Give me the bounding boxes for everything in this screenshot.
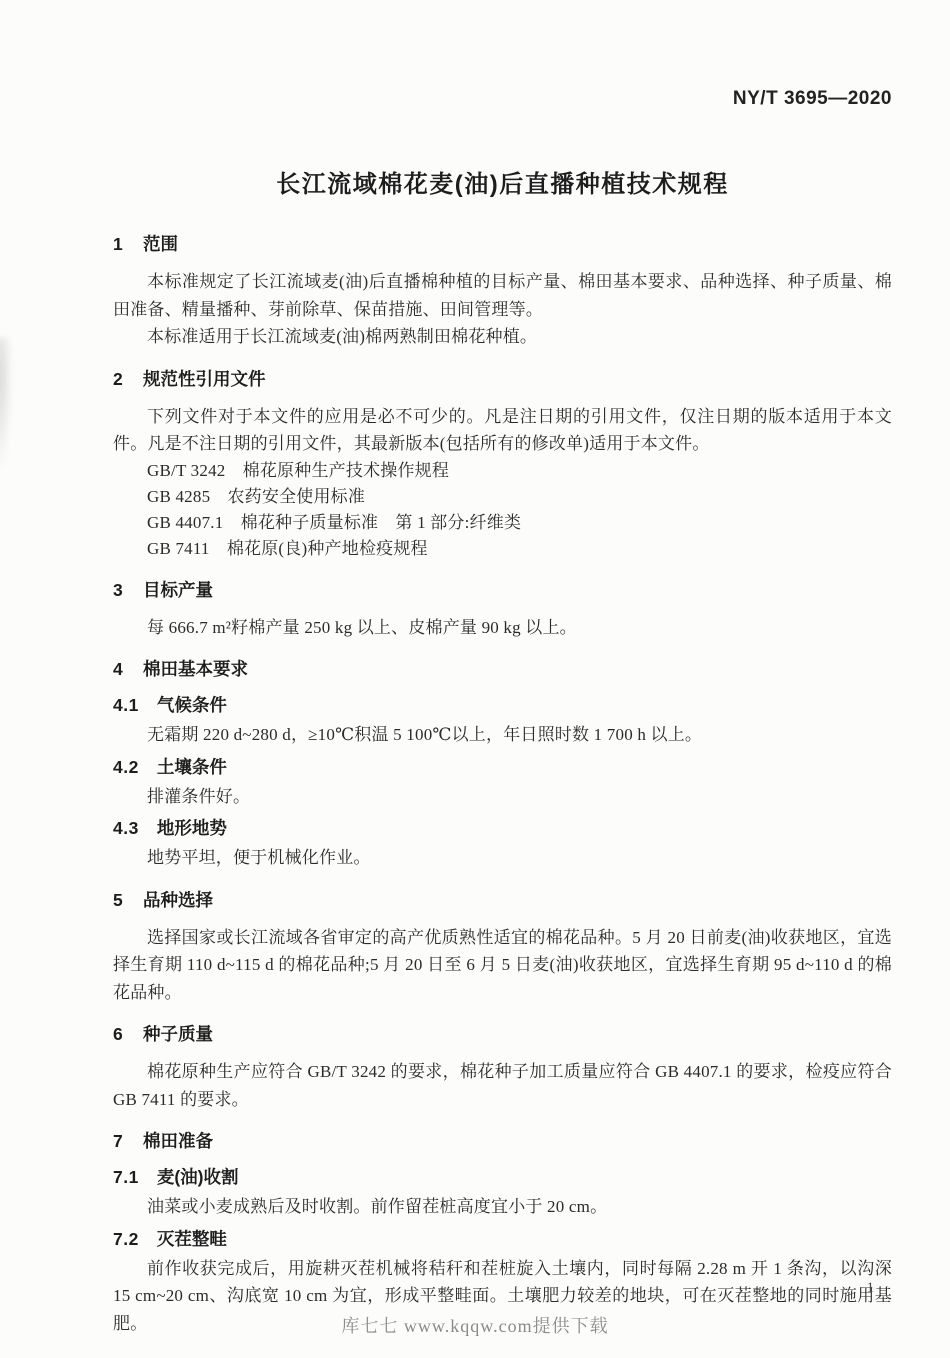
section-title: 范围 bbox=[143, 234, 178, 254]
section-number: 7.2 bbox=[113, 1227, 139, 1251]
section-number: 1 bbox=[113, 232, 127, 256]
document-page: NY/T 3695—2020 长江流域棉花麦(油)后直播种植技术规程 1范围本标… bbox=[0, 0, 950, 1358]
section-heading: 5品种选择 bbox=[113, 888, 892, 912]
section-heading: 3目标产量 bbox=[113, 578, 892, 602]
document-body: 1范围本标准规定了长江流域麦(油)后直播棉种植的目标产量、棉田基本要求、品种选择… bbox=[113, 232, 892, 1337]
normative-reference: GB/T 3242 棉花原种生产技术操作规程 bbox=[113, 458, 892, 484]
normative-reference: GB 4407.1 棉花种子质量标准 第 1 部分:纤维类 bbox=[113, 510, 892, 536]
section-heading: 4.3地形地势 bbox=[113, 816, 892, 840]
section-title: 目标产量 bbox=[143, 580, 213, 600]
section-title: 棉田准备 bbox=[143, 1131, 213, 1151]
section-heading: 4.1气候条件 bbox=[113, 693, 892, 717]
section-heading: 7棉田准备 bbox=[113, 1129, 892, 1153]
document-title: 长江流域棉花麦(油)后直播种植技术规程 bbox=[113, 168, 892, 202]
paragraph: 选择国家或长江流域各省审定的高产优质熟性适宜的棉花品种。5 月 20 日前麦(油… bbox=[113, 924, 892, 1007]
section-heading: 7.1麦(油)收割 bbox=[113, 1165, 892, 1189]
normative-reference: GB 7411 棉花原(良)种产地检疫规程 bbox=[113, 536, 892, 562]
section-title: 灭茬整畦 bbox=[157, 1229, 227, 1249]
section-title: 麦(油)收割 bbox=[157, 1167, 239, 1187]
section-heading: 6种子质量 bbox=[113, 1022, 892, 1046]
section-heading: 2规范性引用文件 bbox=[113, 367, 892, 391]
section-number: 4.3 bbox=[113, 816, 139, 840]
paragraph: 每 666.7 m²籽棉产量 250 kg 以上、皮棉产量 90 kg 以上。 bbox=[113, 614, 892, 642]
paragraph: 排灌条件好。 bbox=[113, 783, 892, 811]
section-title: 品种选择 bbox=[143, 890, 213, 910]
section-number: 4 bbox=[113, 657, 127, 681]
section-number: 6 bbox=[113, 1022, 127, 1046]
section-title: 种子质量 bbox=[143, 1024, 213, 1044]
paragraph: 无霜期 220 d~280 d，≥10℃积温 5 100℃以上，年日照时数 1 … bbox=[113, 721, 892, 749]
paragraph: 地势平坦，便于机械化作业。 bbox=[113, 844, 892, 872]
section-number: 5 bbox=[113, 888, 127, 912]
section-title: 规范性引用文件 bbox=[143, 369, 266, 389]
section-number: 2 bbox=[113, 367, 127, 391]
section-title: 地形地势 bbox=[157, 818, 227, 838]
paragraph: 油菜或小麦成熟后及时收割。前作留茬桩高度宜小于 20 cm。 bbox=[113, 1193, 892, 1221]
paragraph: 棉花原种生产应符合 GB/T 3242 的要求，棉花种子加工质量应符合 GB 4… bbox=[113, 1058, 892, 1113]
scan-smudge-artifact bbox=[0, 338, 12, 468]
section-number: 4.1 bbox=[113, 693, 139, 717]
paragraph: 下列文件对于本文件的应用是必不可少的。凡是注日期的引用文件，仅注日期的版本适用于… bbox=[113, 403, 892, 458]
section-number: 3 bbox=[113, 578, 127, 602]
section-number: 4.2 bbox=[113, 755, 139, 779]
section-number: 7.1 bbox=[113, 1165, 139, 1189]
section-heading: 7.2灭茬整畦 bbox=[113, 1227, 892, 1251]
page-number: 1 bbox=[867, 1280, 875, 1297]
section-title: 土壤条件 bbox=[157, 757, 227, 777]
section-title: 气候条件 bbox=[157, 695, 227, 715]
section-heading: 1范围 bbox=[113, 232, 892, 256]
section-title: 棉田基本要求 bbox=[143, 659, 248, 679]
paragraph: 本标准规定了长江流域麦(油)后直播棉种植的目标产量、棉田基本要求、品种选择、种子… bbox=[113, 268, 892, 323]
footer-credit: 库七七 www.kqqw.com提供下载 bbox=[0, 1312, 950, 1338]
standard-number: NY/T 3695—2020 bbox=[113, 88, 892, 110]
section-heading: 4.2土壤条件 bbox=[113, 755, 892, 779]
section-heading: 4棉田基本要求 bbox=[113, 657, 892, 681]
section-number: 7 bbox=[113, 1129, 127, 1153]
normative-reference: GB 4285 农药安全使用标准 bbox=[113, 484, 892, 510]
paragraph: 本标准适用于长江流域麦(油)棉两熟制田棉花种植。 bbox=[113, 323, 892, 351]
